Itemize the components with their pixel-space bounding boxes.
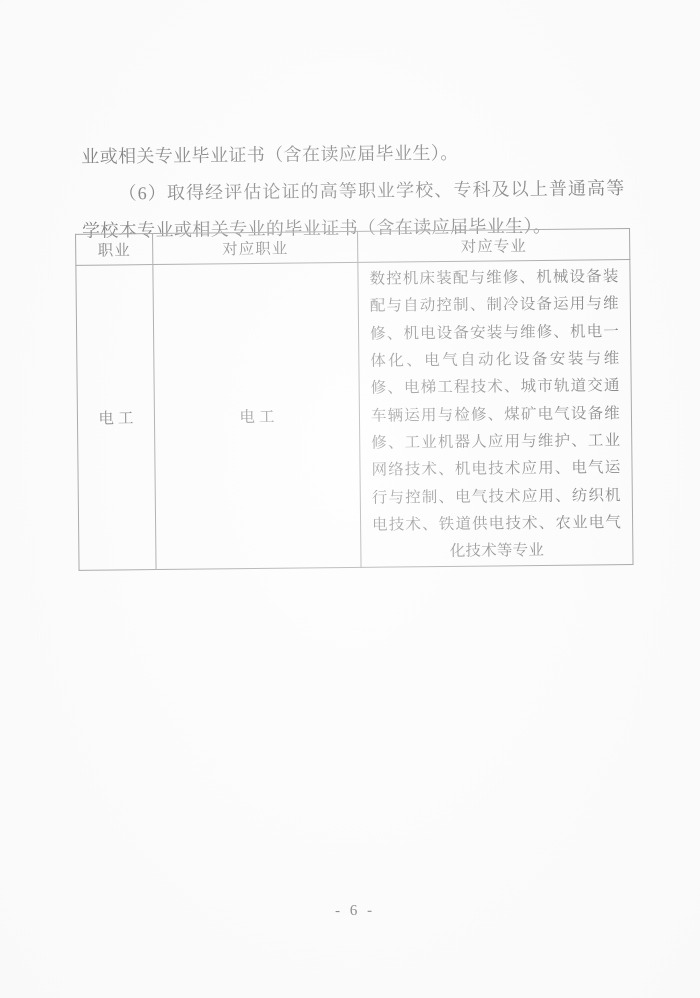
occupation-majors-table: 职业 对应职业 对应专业 电工 电工 数控机床装配与维修、机械设备装配与自动控制…: [75, 228, 633, 571]
cell-occupation: 电工: [76, 265, 156, 571]
scanned-document-page: 业或相关专业毕业证书（含在读应届毕业生）。 （6）取得经评估论证的高等职业学校、…: [0, 0, 700, 998]
table-row: 电工 电工 数控机床装配与维修、机械设备装配与自动控制、制冷设备运用与维修、机电…: [76, 260, 633, 571]
header-cell-corresponding-occupation: 对应职业: [153, 231, 358, 264]
cell-corresponding-majors: 数控机床装配与维修、机械设备装配与自动控制、制冷设备运用与维修、机电设备安装与维…: [358, 260, 633, 568]
cell-corresponding-occupation: 电工: [153, 262, 361, 569]
header-cell-corresponding-majors: 对应专业: [358, 229, 630, 263]
page-number: - 6 -: [5, 899, 700, 923]
page-content: 业或相关专业毕业证书（含在读应届毕业生）。 （6）取得经评估论证的高等职业学校、…: [0, 0, 700, 998]
paragraph-continuation: 业或相关专业毕业证书（含在读应届毕业生）。: [81, 133, 624, 176]
header-cell-occupation: 职业: [76, 234, 153, 266]
